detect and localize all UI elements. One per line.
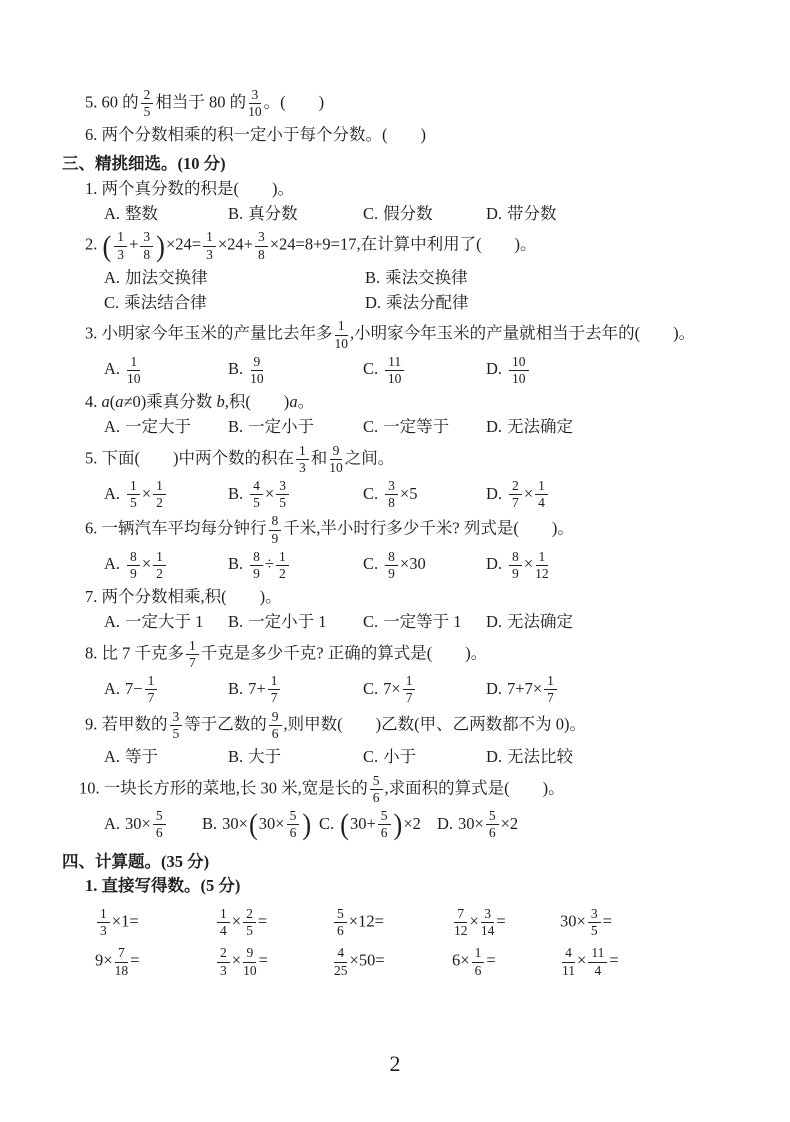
option-label: A.	[104, 814, 120, 833]
option-c: C.假分数	[363, 202, 486, 227]
option-a: A.整数	[104, 202, 228, 227]
fraction: 112	[535, 550, 549, 581]
choice-q2-options-row1: A.加法交换律 B.乘法交换律	[62, 266, 744, 291]
option-label: C.	[363, 204, 378, 223]
option-d: D.27×14	[486, 479, 550, 510]
option-value: 加法交换律	[125, 268, 208, 287]
option-value: 89×30	[383, 554, 426, 573]
option-label: B.	[228, 484, 243, 503]
option-c: C.小于	[363, 745, 486, 770]
calc-item: 56×12=	[332, 907, 452, 938]
option-label: A.	[104, 554, 120, 573]
option-label: B.	[228, 679, 243, 698]
fraction: 38	[255, 230, 268, 261]
option-a: A.110	[104, 355, 228, 386]
option-a: A.7−17	[104, 674, 228, 705]
option-label: C.	[363, 747, 378, 766]
fraction: 56	[370, 774, 383, 805]
option-value: 7−17	[125, 679, 159, 698]
fraction: 13	[114, 230, 127, 261]
option-value: 45×35	[248, 484, 291, 503]
fraction: 17	[268, 674, 281, 705]
fraction: 23	[217, 946, 230, 977]
choice-q3-stem: 3. 小明家今年玉米的产量比去年多110,小明家今年玉米的产量就相当于去年的( …	[62, 319, 744, 350]
fraction: 89	[269, 514, 282, 545]
option-label: D.	[437, 814, 453, 833]
fraction: 1110	[385, 355, 404, 386]
fraction: 14	[535, 479, 548, 510]
fraction: 12	[276, 550, 289, 581]
option-c: C.38×5	[363, 479, 486, 510]
option-label: B.	[228, 554, 243, 573]
fraction: 13	[203, 230, 216, 261]
option-label: D.	[486, 484, 502, 503]
choice-q8-stem: 8. 比 7 千克多17千克是多少千克? 正确的算式是( )。	[62, 639, 744, 670]
fraction: 17	[544, 674, 557, 705]
option-value: 乘法结合律	[124, 293, 207, 312]
option-value: 89÷12	[248, 554, 291, 573]
calc-row-1: 13×1= 14×25= 56×12= 712×314= 30×35=	[62, 907, 744, 938]
choice-q6-options: A.89×12 B.89÷12 C.89×30 D.89×112	[62, 550, 744, 581]
fraction: 114	[588, 946, 607, 977]
option-a: A.一定大于	[104, 415, 228, 440]
fraction: 718	[115, 946, 129, 977]
option-value: 一定大于	[125, 417, 191, 436]
option-c: C.(30+56)×2	[319, 809, 437, 840]
option-label: B.	[365, 268, 380, 287]
fraction: 14	[217, 907, 230, 938]
fraction: 38	[140, 230, 153, 261]
calc-item: 6×16=	[452, 946, 560, 977]
option-label: B.	[228, 417, 243, 436]
calc-item: 30×35=	[560, 907, 612, 938]
option-b: B.7+17	[228, 674, 363, 705]
fraction: 17	[186, 639, 199, 670]
option-b: B.89÷12	[228, 550, 363, 581]
option-label: A.	[104, 484, 120, 503]
choice-q4-options: A.一定大于 B.一定小于 C.一定等于 D.无法确定	[62, 415, 744, 440]
option-value: 15×12	[125, 484, 168, 503]
calc-item: 23×910=	[215, 946, 332, 977]
fraction: 910	[329, 444, 343, 475]
option-b: B.一定小于 1	[228, 610, 363, 635]
option-b: B.45×35	[228, 479, 363, 510]
fraction: 56	[486, 809, 499, 840]
calc-item: 411×114=	[560, 946, 619, 977]
option-label: D.	[486, 679, 502, 698]
choice-q5-options: A.15×12 B.45×35 C.38×5 D.27×14	[62, 479, 744, 510]
option-value: 乘法交换律	[385, 268, 468, 287]
option-label: A.	[104, 359, 120, 378]
option-value: 30×56	[125, 814, 168, 833]
option-label: C.	[363, 417, 378, 436]
choice-q9-stem: 9. 若甲数的35等于乙数的96,则甲数( )乙数(甲、乙两数都不为 0)。	[62, 710, 744, 741]
choice-q3-options: A.110 B.910 C.1110 D.1010	[62, 355, 744, 386]
option-label: B.	[228, 359, 243, 378]
option-label: B.	[202, 814, 217, 833]
option-value: 30×56×2	[458, 814, 518, 833]
option-value: 1110	[383, 359, 406, 378]
option-d: D.无法确定	[486, 415, 573, 440]
option-b: B.真分数	[228, 202, 363, 227]
choice-q4-stem: 4. a(a≠0)乘真分数 b,积( )a。	[62, 390, 744, 415]
fraction: 910	[243, 946, 257, 977]
option-value: (30+56)×2	[339, 814, 421, 833]
fraction: 910	[250, 355, 264, 386]
option-c: C.乘法结合律	[104, 291, 365, 316]
option-a: A.89×12	[104, 550, 228, 581]
tf-question-6: 6. 两个分数相乘的积一定小于每个分数。( )	[62, 123, 744, 148]
option-c: C.一定等于	[363, 415, 486, 440]
calc-item: 13×1=	[95, 907, 215, 938]
option-value: 一定小于 1	[248, 612, 326, 631]
option-label: C.	[363, 554, 378, 573]
option-value: 一定小于	[248, 417, 314, 436]
fraction: 56	[334, 907, 347, 938]
option-value: 整数	[125, 204, 158, 223]
option-b: B.乘法交换律	[365, 266, 468, 291]
fraction: 89	[509, 550, 522, 581]
option-d: D.7+7×17	[486, 674, 559, 705]
left-paren: (	[103, 234, 112, 258]
option-label: C.	[319, 814, 334, 833]
left-paren: (	[249, 813, 258, 837]
option-label: D.	[486, 747, 502, 766]
option-label: B.	[228, 612, 243, 631]
choice-q5-stem: 5. 下面( )中两个数的积在13和910之间。	[62, 444, 744, 475]
fraction: 411	[562, 946, 575, 977]
right-paren: )	[156, 234, 165, 258]
fraction: 15	[127, 479, 140, 510]
option-value: 38×5	[383, 484, 417, 503]
option-d: D.30×56×2	[437, 809, 518, 840]
option-label: D.	[486, 417, 502, 436]
calc-row-2: 9×718= 23×910= 425×50= 6×16= 411×114=	[62, 946, 744, 977]
option-c: C.7×17	[363, 674, 486, 705]
calc-item: 712×314=	[452, 907, 560, 938]
fraction: 25	[141, 88, 154, 119]
option-c: C.一定等于 1	[363, 610, 486, 635]
option-value: 7+7×17	[507, 679, 559, 698]
fraction: 712	[454, 907, 468, 938]
calc-item: 9×718=	[95, 946, 215, 977]
choice-q8-options: A.7−17 B.7+17 C.7×17 D.7+7×17	[62, 674, 744, 705]
fraction: 38	[385, 479, 398, 510]
option-value: 89×112	[507, 554, 551, 573]
option-b: B.30×(30×56)	[202, 809, 319, 840]
option-a: A.30×56	[104, 809, 202, 840]
fraction: 25	[243, 907, 256, 938]
fraction: 96	[269, 710, 282, 741]
option-label: C.	[363, 359, 378, 378]
option-label: C.	[104, 293, 119, 312]
option-value: 无法比较	[507, 747, 573, 766]
option-label: A.	[104, 417, 120, 436]
choice-q7-stem: 7. 两个分数相乘,积( )。	[62, 585, 744, 610]
choice-q10-stem: 10. 一块长方形的菜地,长 30 米,宽是长的56,求面积的算式是( )。	[62, 774, 744, 805]
fraction: 35	[588, 907, 601, 938]
option-value: 大于	[248, 747, 281, 766]
option-value: 110	[125, 359, 143, 378]
option-label: C.	[363, 484, 378, 503]
calc-item: 425×50=	[332, 946, 452, 977]
option-label: C.	[363, 679, 378, 698]
fraction: 89	[127, 550, 140, 581]
fraction: 17	[145, 674, 158, 705]
option-label: D.	[486, 554, 502, 573]
exam-page: 5. 60 的25相当于 80 的310。( ) 6. 两个分数相乘的积一定小于…	[0, 0, 790, 1122]
calc-item: 14×25=	[215, 907, 332, 938]
choice-q1-options: A.整数 B.真分数 C.假分数 D.带分数	[62, 202, 744, 227]
fraction: 89	[385, 550, 398, 581]
option-c: C.1110	[363, 355, 486, 386]
option-d: D.带分数	[486, 202, 557, 227]
fraction: 56	[153, 809, 166, 840]
section4-subtitle: 1. 直接写得数。(5 分)	[62, 874, 744, 899]
option-value: 无法确定	[507, 417, 573, 436]
fraction: 89	[250, 550, 263, 581]
option-a: A.一定大于 1	[104, 610, 228, 635]
option-value: 一定等于 1	[383, 612, 461, 631]
fraction: 13	[296, 444, 309, 475]
fraction: 110	[335, 319, 349, 350]
option-d: D.无法比较	[486, 745, 573, 770]
option-value: 一定等于	[383, 417, 449, 436]
fraction: 310	[248, 88, 262, 119]
option-value: 89×12	[125, 554, 168, 573]
choice-q10-options: A.30×56 B.30×(30×56) C.(30+56)×2 D.30×56…	[62, 809, 744, 840]
option-value: 等于	[125, 747, 158, 766]
option-label: D.	[486, 359, 502, 378]
fraction: 16	[472, 946, 485, 977]
right-paren: )	[302, 813, 311, 837]
option-d: D.1010	[486, 355, 531, 386]
option-a: A.加法交换律	[104, 266, 365, 291]
fraction: 56	[378, 809, 391, 840]
fraction: 13	[97, 907, 110, 938]
right-paren: )	[394, 813, 403, 837]
option-value: 无法确定	[507, 612, 573, 631]
choice-q2-options-row2: C.乘法结合律 D.乘法分配律	[62, 291, 744, 316]
option-label: B.	[228, 747, 243, 766]
option-label: A.	[104, 612, 120, 631]
fraction: 425	[334, 946, 348, 977]
option-b: B.910	[228, 355, 363, 386]
option-value: 一定大于 1	[125, 612, 203, 631]
option-label: D.	[486, 204, 502, 223]
fraction: 1010	[509, 355, 529, 386]
option-label: A.	[104, 679, 120, 698]
option-value: 假分数	[383, 204, 433, 223]
option-value: 910	[248, 359, 266, 378]
option-d: D.无法确定	[486, 610, 573, 635]
option-label: B.	[228, 204, 243, 223]
choice-q7-options: A.一定大于 1 B.一定小于 1 C.一定等于 1 D.无法确定	[62, 610, 744, 635]
tf-question-5: 5. 60 的25相当于 80 的310。( )	[62, 88, 744, 119]
option-label: A.	[104, 268, 120, 287]
left-paren: (	[340, 813, 349, 837]
option-value: 乘法分配律	[386, 293, 469, 312]
option-value: 7+17	[248, 679, 282, 698]
option-value: 27×14	[507, 484, 550, 503]
option-b: B.大于	[228, 745, 363, 770]
option-label: A.	[104, 204, 120, 223]
section3-title: 三、精挑细选。(10 分)	[62, 152, 744, 177]
fraction: 45	[250, 479, 263, 510]
fraction: 110	[127, 355, 141, 386]
fraction: 27	[509, 479, 522, 510]
choice-q9-options: A.等于 B.大于 C.小于 D.无法比较	[62, 745, 744, 770]
fraction: 17	[403, 674, 416, 705]
option-a: A.等于	[104, 745, 228, 770]
option-value: 带分数	[507, 204, 557, 223]
option-b: B.一定小于	[228, 415, 363, 440]
fraction: 314	[481, 907, 495, 938]
fraction: 56	[287, 809, 300, 840]
option-value: 1010	[507, 359, 531, 378]
section4-title: 四、计算题。(35 分)	[62, 850, 744, 875]
option-a: A.15×12	[104, 479, 228, 510]
choice-q2-stem: 2. (13+38)×24=13×24+38×24=8+9=17,在计算中利用了…	[62, 230, 744, 261]
fraction: 35	[170, 710, 183, 741]
fraction: 12	[153, 479, 166, 510]
option-label: D.	[365, 293, 381, 312]
option-d: D.乘法分配律	[365, 291, 469, 316]
option-label: C.	[363, 612, 378, 631]
choice-q6-stem: 6. 一辆汽车平均每分钟行89千米,半小时行多少千米? 列式是( )。	[62, 514, 744, 545]
option-c: C.89×30	[363, 550, 486, 581]
option-value: 7×17	[383, 679, 417, 698]
option-d: D.89×112	[486, 550, 551, 581]
option-value: 30×(30×56)	[222, 814, 312, 833]
page-number: 2	[0, 1047, 790, 1080]
fraction: 35	[276, 479, 289, 510]
choice-q1-stem: 1. 两个真分数的积是( )。	[62, 177, 744, 202]
option-label: A.	[104, 747, 120, 766]
fraction: 12	[153, 550, 166, 581]
option-value: 真分数	[248, 204, 298, 223]
option-value: 小于	[383, 747, 416, 766]
option-label: D.	[486, 612, 502, 631]
